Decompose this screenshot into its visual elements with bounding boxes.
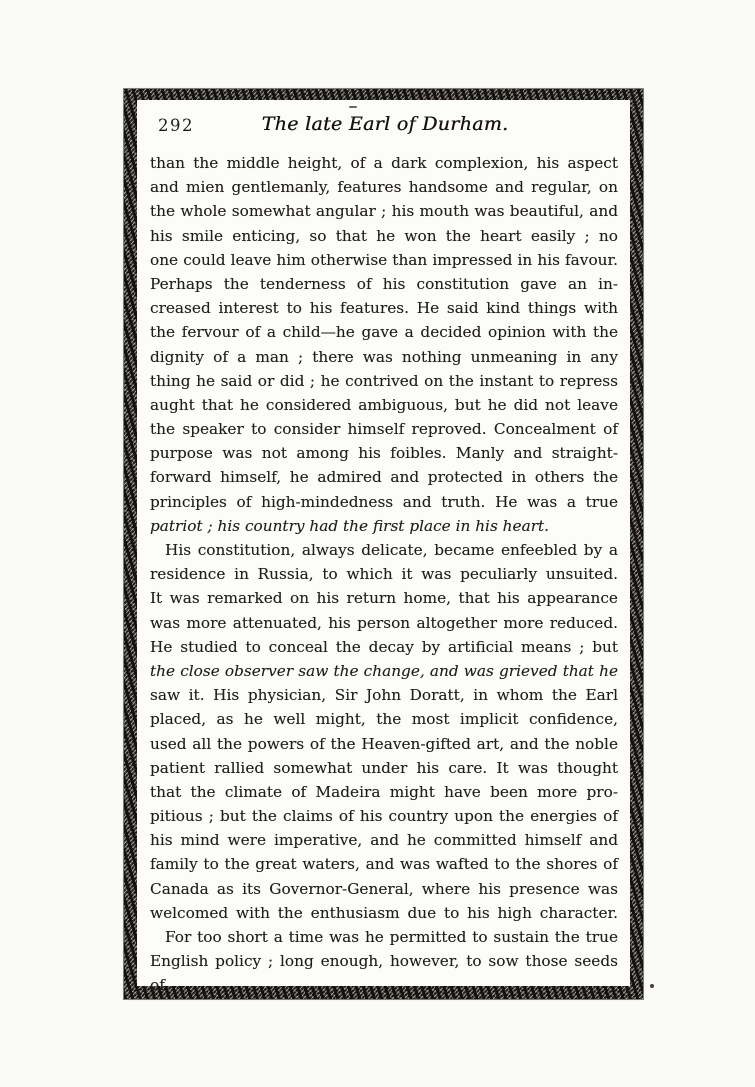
text-line: was more attenuated, his person altogeth…: [150, 611, 618, 635]
text-line: patriot ; his country had the first plac…: [150, 514, 618, 538]
text-line: thing he said or did ; he contrived on t…: [150, 369, 618, 393]
text-line: pitious ; but the claims of his country …: [150, 804, 618, 828]
scan-speck-dot: [650, 984, 654, 988]
text-line: the speaker to consider himself reproved…: [150, 417, 618, 441]
text-line: his mind were imperative, and he committ…: [150, 828, 618, 852]
page-header: 292 The late Earl of Durham.: [150, 113, 620, 139]
page-number: 292: [158, 116, 194, 135]
text-line: placed, as he well might, the most impli…: [150, 707, 618, 731]
decorative-border-frame: 292 The late Earl of Durham. than the mi…: [124, 89, 643, 999]
text-line: dignity of a man ; there was nothing unm…: [150, 345, 618, 369]
text-line: and mien gentlemanly, features handsome …: [150, 175, 618, 199]
text-line: his smile enticing, so that he won the h…: [150, 224, 618, 248]
body-text: than the middle height, of a dark comple…: [150, 151, 618, 973]
text-line: He studied to conceal the decay by artif…: [150, 635, 618, 659]
text-line: the whole somewhat angular ; his mouth w…: [150, 199, 618, 223]
text-line: English policy ; long enough, however, t…: [150, 949, 618, 973]
text-line: the close observer saw the change, and w…: [150, 659, 618, 683]
text-line: patient rallied somewhat under his care.…: [150, 756, 618, 780]
text-line: purpose was not among his foibles. Manly…: [150, 441, 618, 465]
text-line: saw it. His physician, Sir John Doratt, …: [150, 683, 618, 707]
text-line: that the climate of Madeira might have b…: [150, 780, 618, 804]
text-line: For too short a time was he permitted to…: [150, 925, 618, 949]
book-page: 292 The late Earl of Durham. than the mi…: [137, 100, 630, 986]
text-line: welcomed with the enthusiasm due to his …: [150, 901, 618, 925]
text-line: used all the powers of the Heaven-gifted…: [150, 732, 618, 756]
text-line: It was remarked on his return home, that…: [150, 586, 618, 610]
text-line: family to the great waters, and was waft…: [150, 852, 618, 876]
running-header: The late Earl of Durham.: [150, 113, 620, 135]
text-line: aught that he considered ambiguous, but …: [150, 393, 618, 417]
text-line: residence in Russia, to which it was pec…: [150, 562, 618, 586]
text-line: the fervour of a child—he gave a decided…: [150, 320, 618, 344]
text-line: principles of high-mindedness and truth.…: [150, 490, 618, 514]
text-line: one could leave him otherwise than impre…: [150, 248, 618, 272]
text-line: Canada as its Governor-General, where hi…: [150, 877, 618, 901]
text-line: Perhaps the tenderness of his constituti…: [150, 272, 618, 296]
text-line: than the middle height, of a dark comple…: [150, 151, 618, 175]
text-line: forward himself, he admired and protecte…: [150, 465, 618, 489]
scan-speck-dash: [349, 106, 357, 108]
text-line: creased interest to his features. He sai…: [150, 296, 618, 320]
text-line: His constitution, always delicate, becam…: [150, 538, 618, 562]
